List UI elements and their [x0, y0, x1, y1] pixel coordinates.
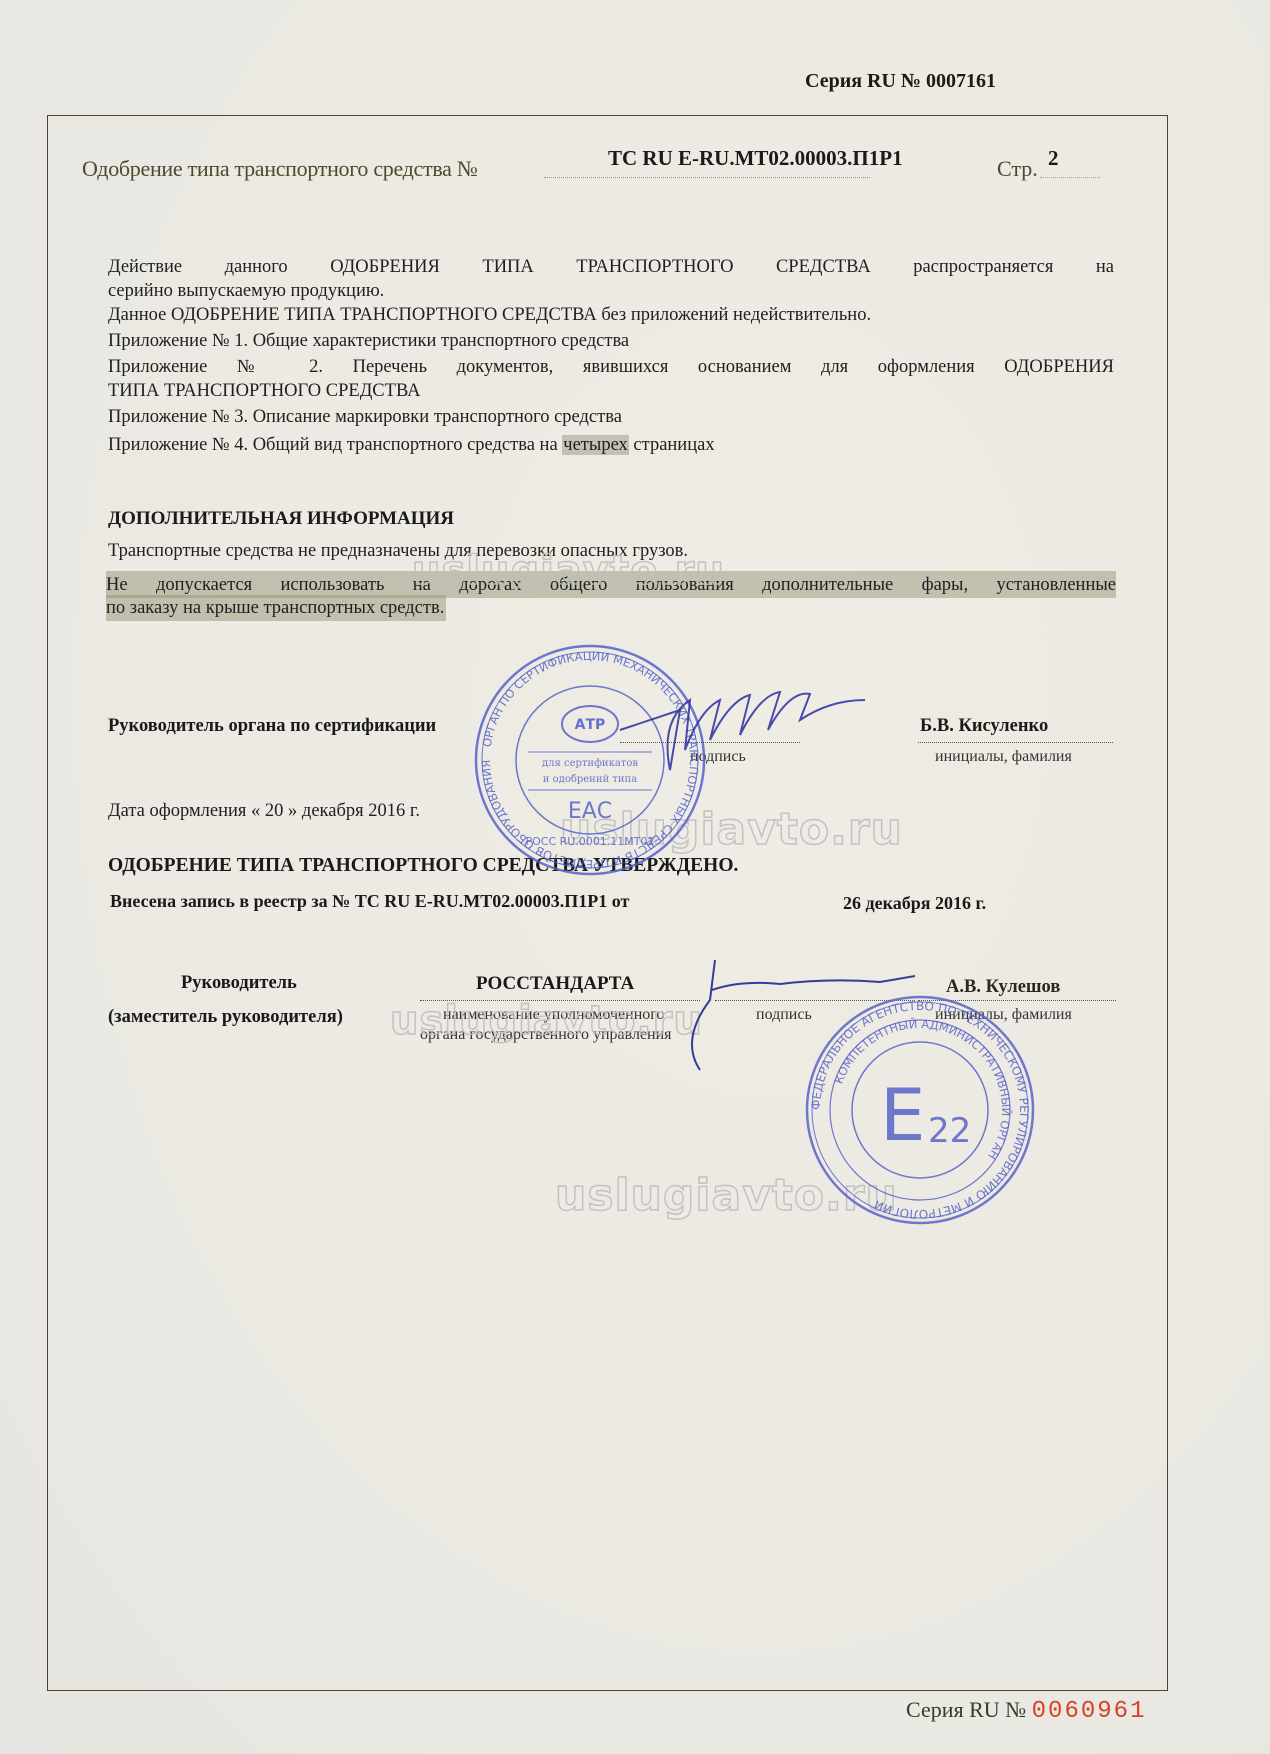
additional-info-line-2: Не допускается использовать на дорогах о… [106, 571, 1116, 598]
page-number-field: 2 [1040, 150, 1100, 178]
approved-title: ОДОБРЕНИЕ ТИПА ТРАНСПОРТНОГО СРЕДСТВА УТ… [108, 855, 738, 877]
cert-body-head-role: Руководитель органа по сертификации [108, 716, 436, 737]
series-number-top: Серия RU № 0007161 [805, 70, 996, 93]
series-serial-number: 0060961 [1032, 1698, 1147, 1725]
approval-label: Одобрение типа транспортного средства № [82, 156, 477, 182]
head-signature-caption: подпись [756, 1006, 812, 1024]
authority-caption-2: органа государственного управления [420, 1026, 672, 1044]
cert-name-line [918, 742, 1113, 743]
issue-date: Дата оформления « 20 » декабря 2016 г. [108, 800, 1114, 822]
registry-entry: Внесена запись в реестр за № ТС RU E-RU.… [110, 891, 629, 912]
additional-info-line-1: Транспортные средства не предназначены д… [108, 540, 1114, 562]
appendix-3: Приложение № 3. Описание маркировки тран… [108, 406, 1114, 428]
authority-caption-1: наименование уполномоченного [443, 1006, 664, 1024]
cert-name-caption: инициалы, фамилия [935, 748, 1072, 766]
series-number-bottom: Серия RU № 0060961 [906, 1697, 1146, 1725]
validity-paragraph: Действие данного ОДОБРЕНИЯ ТИПА ТРАНСПОР… [108, 256, 1114, 278]
page-label: Стр. [997, 156, 1038, 182]
additional-info-title: ДОПОЛНИТЕЛЬНАЯ ИНФОРМАЦИЯ [108, 508, 454, 530]
head-name: А.В. Кулешов [946, 977, 1060, 998]
validity-paragraph-cont: серийно выпускаемую продукцию. [108, 280, 1114, 302]
head-name-caption: инициалы, фамилия [935, 1006, 1072, 1024]
authority-name: РОССТАНДАРТА [476, 973, 634, 995]
additional-info-line-3: по заказу на крыше транспортных средств. [106, 597, 1112, 619]
series-label: Серия RU № [906, 1697, 1026, 1722]
page-number: 2 [1048, 146, 1059, 171]
registry-date: 26 декабря 2016 г. [843, 893, 986, 914]
approval-number: ТС RU E-RU.MT02.00003.П1Р1 [608, 146, 903, 171]
authority-line [420, 1000, 700, 1001]
additional-info-line-3-text: по заказу на крыше транспортных средств. [106, 595, 446, 621]
head-name-line [918, 1000, 1116, 1001]
cert-signature-caption: подпись [690, 748, 746, 766]
approval-number-field: ТС RU E-RU.MT02.00003.П1Р1 [544, 150, 870, 178]
head-signature-line [715, 1000, 915, 1001]
appendix-4-prefix: Приложение № 4. Общий вид транспортного … [108, 435, 562, 455]
invalid-without-appendix: Данное ОДОБРЕНИЕ ТИПА ТРАНСПОРТНОГО СРЕД… [108, 304, 1114, 326]
appendix-4: Приложение № 4. Общий вид транспортного … [108, 434, 1114, 456]
appendix-2: Приложение № 2. Перечень документов, яви… [108, 356, 1114, 378]
appendix-4-suffix: страницах [629, 435, 715, 455]
appendix-1: Приложение № 1. Общие характеристики тра… [108, 330, 1114, 352]
cert-head-name: Б.В. Кисуленко [920, 716, 1048, 737]
cert-signature-line [620, 742, 800, 743]
appendix-2-cont: ТИПА ТРАНСПОРТНОГО СРЕДСТВА [108, 380, 1114, 402]
highlighted-word: четырех [562, 435, 629, 455]
document-header: Одобрение типа транспортного средства № … [82, 150, 1112, 190]
head-role-line-1: Руководитель [181, 973, 297, 994]
head-role-line-2: (заместитель руководителя) [108, 1007, 343, 1028]
